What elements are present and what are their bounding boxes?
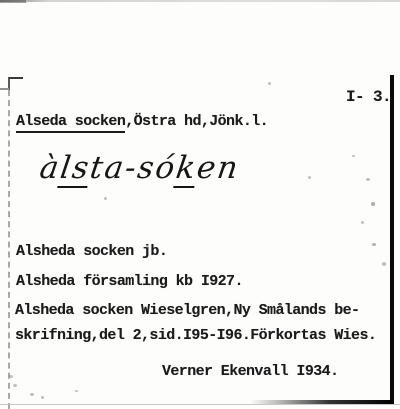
scan-speck (13, 384, 17, 387)
source-entry-wieselgren-line2: skrifning,del 2,sid.I95-I96.Förkortas Wi… (15, 327, 376, 345)
scan-speck (41, 396, 44, 399)
source-entry-kb: Alsheda församling kb I927. (16, 273, 243, 291)
scan-speck (146, 246, 149, 248)
heading-district: ,Östra hd,Jönk.l. (125, 113, 268, 130)
scan-speck (352, 155, 355, 157)
scan-speck (372, 243, 376, 246)
source-entry-wieselgren-line1: Alsheda socken Wieselgren,Ny Smålands be… (15, 302, 359, 320)
scan-speck (371, 202, 375, 206)
top-edge-line (0, 0, 400, 2)
source-entry-jb: Alsheda socken jb. (16, 243, 167, 261)
phonetic-part: en (195, 150, 242, 186)
heading-line: Alseda socken,Östra hd,Jönk.l. (16, 113, 268, 131)
place-name: Alseda socken (16, 113, 125, 133)
scan-speck (30, 393, 34, 396)
scan-speck (0, 0, 26, 3)
card-bottom-edge (0, 404, 400, 405)
signature-line: Verner Ekenvall I934. (162, 363, 338, 381)
scan-speck (382, 262, 386, 266)
scan-speck (104, 197, 107, 200)
card-right-edge (390, 75, 394, 403)
scan-speck (268, 82, 271, 85)
scan-speck (366, 178, 370, 181)
archive-card: I- 3. Alseda socken,Östra hd,Jönk.l. àls… (0, 0, 400, 409)
card-left-corner (8, 77, 23, 90)
scan-speck (308, 176, 311, 179)
scan-speck (9, 375, 13, 378)
phonetic-part: ta-só (88, 150, 179, 186)
scan-speck (75, 390, 78, 392)
card-left-edge (8, 90, 10, 409)
scan-speck (361, 221, 364, 224)
phonetic-transcription: àlsta-sóken (37, 150, 241, 186)
reference-number: I- 3. (346, 88, 391, 106)
